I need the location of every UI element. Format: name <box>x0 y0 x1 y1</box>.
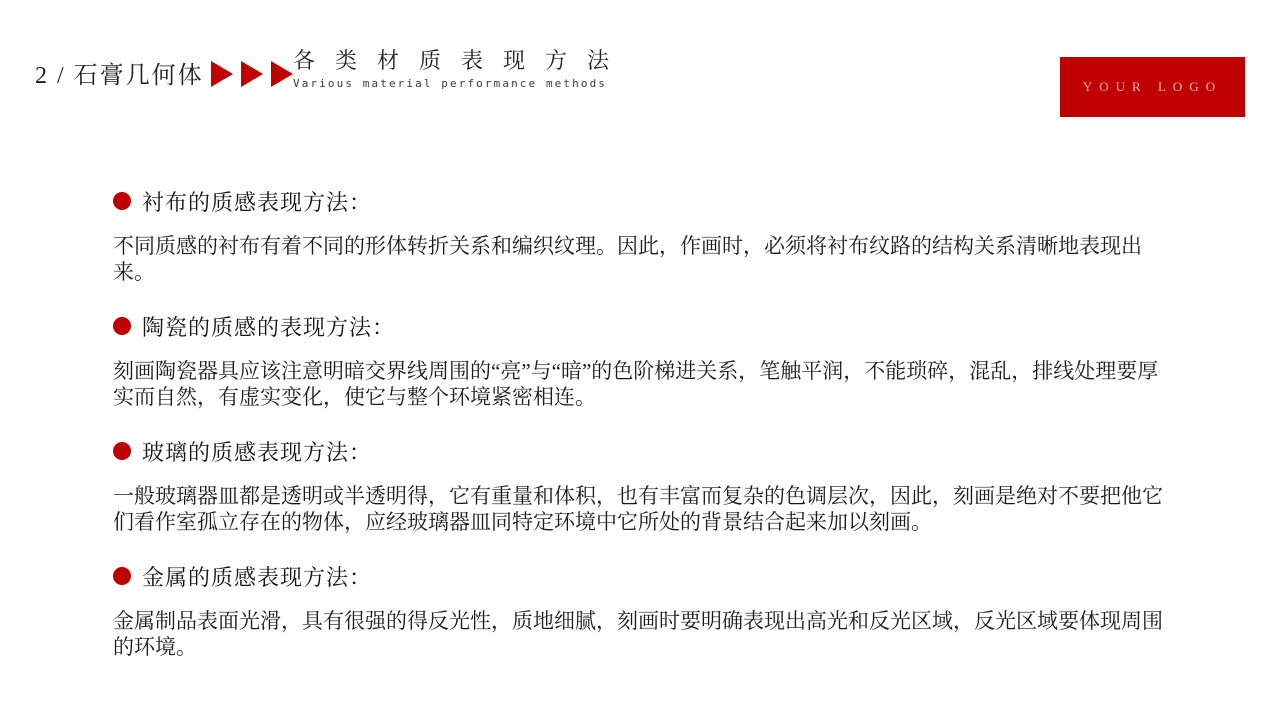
page-subtitle: Various material performance methods <box>293 77 653 90</box>
title-block: 各类材质表现方法 Various material performance me… <box>293 48 653 90</box>
section-glass: 玻璃的质感表现方法： 一般玻璃器皿都是透明或半透明得，它有重量和体积，也有丰富而… <box>113 438 1165 535</box>
logo-text: YOUR LOGO <box>1083 79 1222 95</box>
section-fabric: 衬布的质感表现方法： 不同质感的衬布有着不同的形体转折关系和编织纹理。因此，作画… <box>113 188 1165 285</box>
section-heading: 衬布的质感表现方法： <box>142 186 372 217</box>
section-body: 一般玻璃器皿都是透明或半透明得，它有重量和体积，也有丰富而复杂的色调层次，因此，… <box>113 483 1165 535</box>
section-body: 不同质感的衬布有着不同的形体转折关系和编织纹理。因此，作画时，必须将衬布纹路的结… <box>113 233 1165 285</box>
logo-placeholder: YOUR LOGO <box>1060 57 1245 117</box>
slide-header: 2 / 石膏几何体 各类材质表现方法 Various material perf… <box>0 0 1280 130</box>
section-heading-row: 衬布的质感表现方法： <box>113 188 1165 214</box>
right-triangle-icon <box>271 61 293 87</box>
section-heading-row: 玻璃的质感表现方法： <box>113 438 1165 464</box>
section-heading-row: 陶瓷的质感的表现方法： <box>113 313 1165 339</box>
red-dot-bullet-icon <box>113 192 131 210</box>
presentation-slide: 2 / 石膏几何体 各类材质表现方法 Various material perf… <box>0 0 1280 720</box>
page-title: 各类材质表现方法 <box>293 48 653 74</box>
section-body: 刻画陶瓷器具应该注意明暗交界线周围的“亮”与“暗”的色阶梯进关系，笔触平润，不能… <box>113 358 1165 410</box>
slide-number-label: 2 / 石膏几何体 <box>35 55 204 90</box>
section-heading: 玻璃的质感表现方法： <box>142 436 372 467</box>
section-ceramic: 陶瓷的质感的表现方法： 刻画陶瓷器具应该注意明暗交界线周围的“亮”与“暗”的色阶… <box>113 313 1165 410</box>
triangle-decoration <box>211 61 293 87</box>
section-heading: 陶瓷的质感的表现方法： <box>142 311 395 342</box>
section-heading-row: 金属的质感表现方法： <box>113 563 1165 589</box>
red-dot-bullet-icon <box>113 442 131 460</box>
red-dot-bullet-icon <box>113 317 131 335</box>
red-dot-bullet-icon <box>113 567 131 585</box>
section-heading: 金属的质感表现方法： <box>142 561 372 592</box>
section-body: 金属制品表面光滑，具有很强的得反光性，质地细腻，刻画时要明确表现出高光和反光区域… <box>113 608 1165 660</box>
section-metal: 金属的质感表现方法： 金属制品表面光滑，具有很强的得反光性，质地细腻，刻画时要明… <box>113 563 1165 660</box>
right-triangle-icon <box>211 61 233 87</box>
right-triangle-icon <box>241 61 263 87</box>
